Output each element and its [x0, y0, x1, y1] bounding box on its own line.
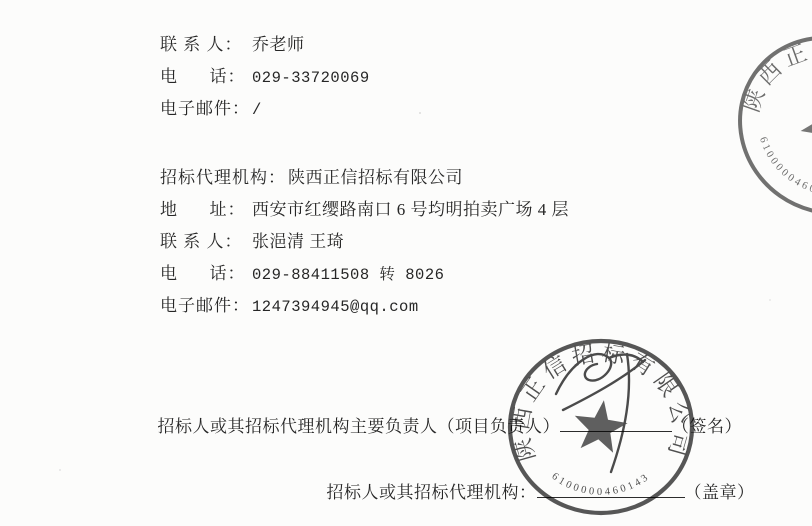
agency-name-value: 陕西正信招标有限公司 — [288, 168, 463, 187]
contact-person-label: 联 系 人： — [160, 29, 252, 61]
star-icon — [793, 89, 812, 162]
agency-name-row: 招标代理机构：陕西正信招标有限公司 — [143, 130, 569, 162]
email-value: 1247394945@qq.com — [252, 298, 419, 316]
email-label: 电子邮件： — [160, 290, 252, 322]
signature-line-prefix: 招标人或其招标代理机构主要负责人（项目负责人） — [158, 417, 561, 436]
contact-person-row: 联 系 人：乔老师 — [143, 0, 370, 29]
contact-person-value: 乔老师 — [252, 35, 305, 54]
seal-company-text: 陕西正信招标有限公司 — [732, 1, 812, 209]
scanned-tender-document-page: { "page": { "paper_color": "#fcfcfb", "i… — [0, 0, 812, 526]
phone-label: 电 话： — [160, 258, 252, 290]
contact-person-label: 联 系 人： — [160, 226, 252, 258]
seal-ring — [706, 3, 812, 248]
signature-blank-underline — [560, 417, 672, 432]
responsible-person-signature-line: 招标人或其招标代理机构主要负责人（项目负责人）（签名） — [148, 392, 742, 437]
email-label: 电子邮件： — [160, 93, 252, 125]
agency-stamp-line: 招标人或其招标代理机构：（盖章） — [317, 458, 755, 503]
signature-line-suffix: （签名） — [672, 417, 742, 436]
stamp-blank-underline — [537, 483, 685, 498]
contact-person-value: 张浥清 王琦 — [252, 232, 344, 251]
seal-serial-text: 6100000460143 — [747, 132, 812, 213]
stamp-line-suffix: （盖章） — [685, 483, 755, 502]
tenderer-contact-block: 联 系 人：乔老师 电 话：029-33720069 电子邮件：/ — [143, 0, 370, 93]
phone-value: 029-88411508 转 8026 — [252, 266, 444, 284]
address-value: 西安市红缨路南口 6 号均明拍卖广场 4 层 — [252, 200, 569, 219]
email-value: / — [252, 101, 262, 119]
phone-value: 029-33720069 — [252, 69, 370, 87]
agency-label: 招标代理机构： — [160, 162, 286, 194]
stamp-line-prefix: 招标人或其招标代理机构： — [327, 483, 537, 502]
address-label: 地 址： — [160, 194, 252, 226]
agency-contact-block: 招标代理机构：陕西正信招标有限公司 地 址：西安市红缨路南口 6 号均明拍卖广场… — [143, 130, 569, 290]
partial-seal-stamp: 陕西正信招标有限公司 6100000460143 — [690, 0, 812, 265]
partial-seal-graphic: 陕西正信招标有限公司 6100000460143 — [693, 0, 812, 261]
phone-label: 电 话： — [160, 61, 252, 93]
